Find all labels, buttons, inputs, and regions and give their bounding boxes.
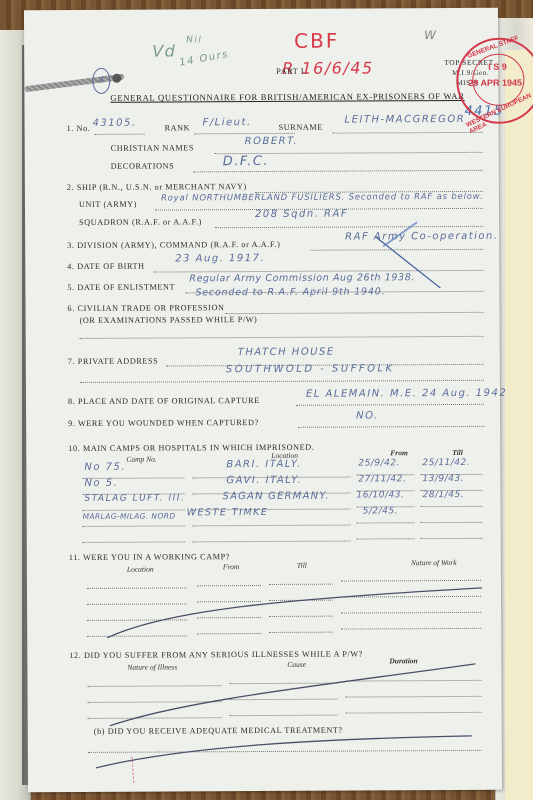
strike-lines <box>24 8 502 792</box>
right-cream-sheet <box>505 50 533 800</box>
questionnaire-page: 4 Vd Nil 14 Ours CBF R 16/6/45 W 4415 PA… <box>24 8 502 792</box>
